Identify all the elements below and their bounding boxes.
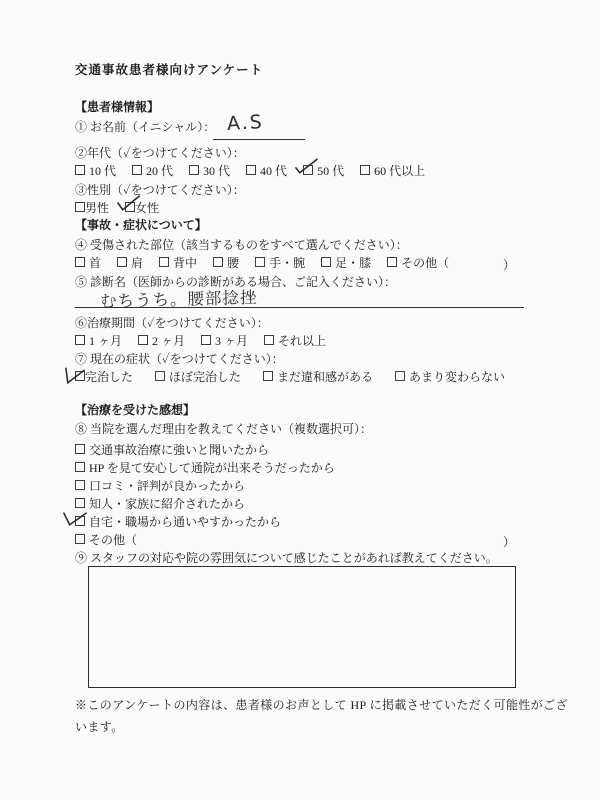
option-label: その他（ [401, 256, 449, 270]
option-label: 40 代 [260, 164, 287, 178]
option-label: 知人・家族に紹介されたから [89, 497, 245, 511]
option-label: 交通事故治療に強いと聞いたから [89, 443, 269, 457]
duration-option: 3 ヶ月 [201, 334, 248, 348]
option-label: 10 代 [89, 164, 116, 178]
part-option: 手・腕 [255, 256, 305, 270]
checkbox-icon [246, 165, 256, 175]
option-label: 足・膝 [335, 256, 371, 270]
reason-option-checked: 自宅・職場から通いやすかったから [75, 515, 281, 529]
part-option: 首 [75, 256, 101, 270]
option-label: 3 ヶ月 [215, 334, 248, 348]
checkbox-icon [138, 335, 148, 345]
footer-note-line1: ※このアンケートの内容は、患者様のお声として HP に掲載させていただく可能性が… [75, 698, 568, 712]
symptom-option: あまり変わらない [395, 370, 505, 384]
checkbox-icon [360, 165, 370, 175]
scanned-survey-document: 交通事故患者様向けアンケート 【患者様情報】 ① お名前（イニシャル）： A.S… [0, 0, 600, 800]
q4-close-paren: ） [503, 256, 515, 273]
q8-close-paren: ） [503, 533, 515, 550]
q9-comment-label: ⑨ スタッフの対応や院の雰囲気について感じたことがあれば教えてください。 [75, 551, 498, 565]
checkbox-icon [303, 165, 313, 175]
q6-duration-options: 1 ヶ月 2 ヶ月 3 ヶ月 それ以上 [75, 334, 339, 348]
q2-age-label: ②年代（✓をつけてください）： [75, 146, 245, 160]
age-option: 60 代以上 [360, 164, 425, 178]
checkbox-icon [263, 371, 273, 381]
reason-option: 口コミ・評判が良かったから [75, 479, 245, 493]
gender-option: 男性 [75, 201, 109, 215]
checkbox-icon [75, 444, 85, 454]
checkbox-icon [75, 335, 85, 345]
age-option: 30 代 [189, 164, 230, 178]
checkbox-icon [255, 257, 265, 267]
checkbox-icon [213, 257, 223, 267]
option-label: 背中 [173, 256, 197, 270]
option-label: ほぼ完治した [169, 370, 241, 384]
q1-name-label: ① お名前（イニシャル）： [75, 120, 215, 134]
diagnosis-underline [75, 307, 524, 308]
option-label: 女性 [135, 201, 159, 215]
part-option: 背中 [159, 256, 197, 270]
part-option: 腰 [213, 256, 239, 270]
checkbox-icon [201, 335, 211, 345]
q7-symptom-options: 完治した ほぼ完治した まだ違和感がある あまり変わらない [75, 370, 524, 384]
symptom-option: まだ違和感がある [263, 370, 373, 384]
checkbox-icon [75, 534, 85, 544]
q7-symptom-label: ⑦ 現在の症状（✓をつけてください）： [75, 352, 284, 366]
q3-gender-label: ③性別（✓をつけてください）： [75, 183, 245, 197]
comment-box [88, 566, 516, 688]
option-label: 肩 [131, 256, 143, 270]
option-label: 20 代 [146, 164, 173, 178]
duration-option: 2 ヶ月 [138, 334, 185, 348]
part-option-other: その他（ [387, 256, 449, 270]
option-label: HP を見て安心して通院が出来そうだったから [89, 461, 335, 475]
name-underline [213, 139, 305, 140]
reason-option: 知人・家族に紹介されたから [75, 497, 245, 511]
age-option: 20 代 [132, 164, 173, 178]
age-option: 40 代 [246, 164, 287, 178]
option-label: 口コミ・評判が良かったから [89, 479, 245, 493]
option-label: それ以上 [278, 334, 326, 348]
checkbox-icon [321, 257, 331, 267]
checkbox-icon [75, 202, 85, 212]
checkbox-icon [189, 165, 199, 175]
checkbox-icon [117, 257, 127, 267]
option-label: あまり変わらない [409, 370, 505, 384]
reason-option: 交通事故治療に強いと聞いたから [75, 443, 269, 457]
q2-age-options: 10 代 20 代 30 代 40 代 50 代 60 代以上 [75, 164, 438, 178]
symptom-option: ほぼ完治した [155, 370, 241, 384]
option-label: 手・腕 [269, 256, 305, 270]
part-option: 足・膝 [321, 256, 371, 270]
section-heading-patient-info: 【患者様情報】 [75, 100, 159, 114]
option-label: 60 代以上 [374, 164, 425, 178]
q8-reason-label: ⑧ 当院を選んだ理由を教えてください（複数選択可）： [75, 422, 372, 436]
checkbox-icon [75, 516, 85, 526]
q4-parts-label: ④ 受傷された部位（該当するものをすべて選んでください）： [75, 238, 408, 252]
checkbox-icon [387, 257, 397, 267]
checkbox-icon [75, 371, 85, 381]
checkbox-icon [159, 257, 169, 267]
q3-gender-options: 男性 女性 [75, 201, 172, 215]
part-option: 肩 [117, 256, 143, 270]
checkbox-icon [132, 165, 142, 175]
footer-note-line2: います。 [75, 720, 124, 734]
option-label: 首 [89, 256, 101, 270]
option-label: その他（ [89, 533, 137, 547]
q6-duration-label: ⑥治療期間（✓をつけてください）： [75, 316, 269, 330]
checkbox-icon [264, 335, 274, 345]
handwritten-initials: A.S [226, 111, 264, 135]
gender-option-checked: 女性 [125, 201, 159, 215]
duration-option: それ以上 [264, 334, 326, 348]
duration-option: 1 ヶ月 [75, 334, 122, 348]
checkbox-icon [75, 480, 85, 490]
option-label: 50 代 [317, 164, 344, 178]
reason-option: HP を見て安心して通院が出来そうだったから [75, 461, 335, 475]
age-option-checked: 50 代 [303, 164, 344, 178]
q4-parts-options: 首 肩 背中 腰 手・腕 足・膝 その他（ [75, 256, 462, 270]
option-label: 腰 [227, 256, 239, 270]
option-label: 30 代 [203, 164, 230, 178]
checkbox-icon [75, 462, 85, 472]
page-title: 交通事故患者様向けアンケート [75, 63, 263, 77]
option-label: 完治した [85, 370, 133, 384]
checkbox-icon [75, 498, 85, 508]
checkbox-icon [125, 202, 135, 212]
symptom-option-checked: 完治した [75, 370, 133, 384]
checkbox-icon [395, 371, 405, 381]
option-label: 男性 [85, 201, 109, 215]
option-label: 1 ヶ月 [89, 334, 122, 348]
option-label: 2 ヶ月 [152, 334, 185, 348]
checkbox-icon [75, 165, 85, 175]
reason-option-other: その他（ [75, 533, 137, 547]
option-label: まだ違和感がある [277, 370, 373, 384]
section-heading-accident: 【事故・症状について】 [75, 218, 207, 232]
checkbox-icon [75, 257, 85, 267]
age-option: 10 代 [75, 164, 116, 178]
section-heading-feedback: 【治療を受けた感想】 [75, 403, 195, 417]
option-label: 自宅・職場から通いやすかったから [89, 515, 281, 529]
checkbox-icon [155, 371, 165, 381]
